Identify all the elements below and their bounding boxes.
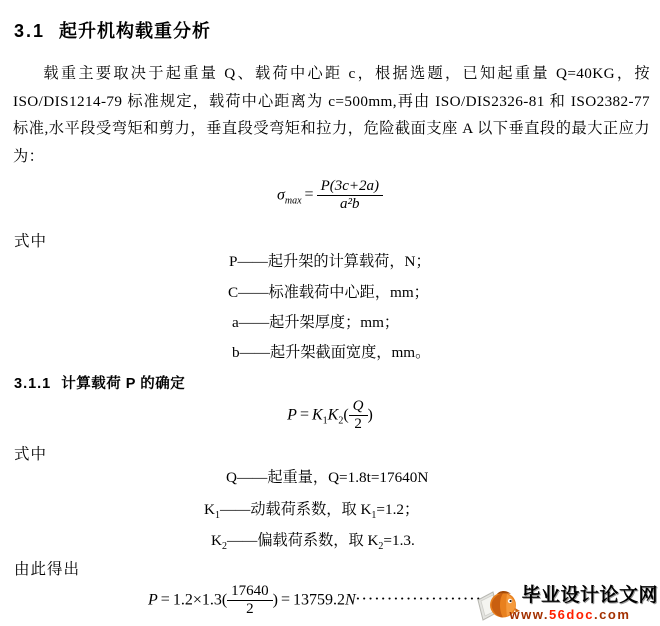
where-label-1: 式中 xyxy=(14,229,47,251)
fraction-denominator: 2 xyxy=(227,601,273,618)
section-title: 计算载荷 P 的确定 xyxy=(61,376,185,392)
definition-row-a: a——起升架厚度；mm； xyxy=(232,311,399,332)
definition-row-Q: Q——起重量，Q=1.8t=17640N xyxy=(226,466,428,489)
k2-symbol: K xyxy=(328,406,339,423)
watermark-text: 毕业设计论文网 www.56doc.com xyxy=(521,585,658,622)
fraction-denominator: 2 xyxy=(349,416,368,433)
body-paragraph: 载重主要取决于起重量 Q、载荷中心距 c，根据选题，已知起重量 Q=40KG，按… xyxy=(13,60,650,170)
formula-p-calculation: P=1.2×1.3(176402)=13759.2N··············… xyxy=(148,583,500,619)
url-suffix: .com xyxy=(594,607,630,622)
definition-dash: —— xyxy=(237,469,267,486)
equals-sign: = xyxy=(297,406,312,423)
section-heading-3-1-1: 3.1.1计算载荷 P 的确定 xyxy=(14,372,185,393)
url-domain: 56doc xyxy=(549,607,594,622)
k1-symbol: K xyxy=(312,406,323,423)
fraction: 176402 xyxy=(227,583,273,619)
where-label-2: 式中 xyxy=(14,442,47,464)
definition-text-post: =1.2； xyxy=(376,501,419,518)
definition-symbol: b xyxy=(232,344,240,361)
definition-text: 起重量，Q=1.8t=17640N xyxy=(267,469,428,486)
conclusion-label: 由此得出 xyxy=(14,557,80,579)
unit-N: N xyxy=(345,591,356,608)
definition-row-P: P——起升架的计算载荷，N； xyxy=(229,250,431,271)
document-page: 3.1起升机构载重分析 载重主要取决于起重量 Q、载荷中心距 c，根据选题，已知… xyxy=(0,0,660,626)
definition-dash: —— xyxy=(220,501,250,518)
definition-text: 起升架截面宽度，mm。 xyxy=(270,344,430,361)
url-prefix: www. xyxy=(509,607,548,622)
watermark-site-name[interactable]: 毕业设计论文网 xyxy=(521,585,658,607)
definition-text-post: =1.3. xyxy=(383,532,414,549)
result-value: 13759.2 xyxy=(293,591,345,608)
equals-sign-2: = xyxy=(278,591,293,608)
definition-dash: —— xyxy=(227,532,257,549)
definition-text: 标准载荷中心距，mm； xyxy=(269,284,429,301)
definition-dash: —— xyxy=(238,284,268,301)
definition-dash: —— xyxy=(240,344,270,361)
p-symbol: P xyxy=(287,406,297,423)
definition-text: 偏载荷系数，取 K xyxy=(257,532,378,549)
watermark-url[interactable]: www.56doc.com xyxy=(509,607,630,622)
equals-sign: = xyxy=(158,591,173,608)
definition-symbol: C xyxy=(228,284,238,301)
definition-row-C: C——标准载荷中心距，mm； xyxy=(228,281,429,302)
definition-text: 动载荷系数，取 K xyxy=(250,501,371,518)
fraction-denominator: a²b xyxy=(317,196,383,213)
definition-symbol: Q xyxy=(226,469,237,486)
definition-symbol: K xyxy=(204,501,215,518)
sigma-symbol: σ xyxy=(277,186,285,203)
fraction-numerator: Q xyxy=(349,398,368,416)
definition-symbol: a xyxy=(232,314,239,331)
section-number: 3.1 xyxy=(14,21,45,41)
definition-symbol: K xyxy=(211,532,222,549)
definition-row-K1: K1——动载荷系数，取 K1=1.2； xyxy=(204,498,419,521)
definition-text: 起升架厚度；mm； xyxy=(269,314,399,331)
equals-sign: = xyxy=(302,186,317,203)
definition-row-K2: K2——偏载荷系数，取 K2=1.3. xyxy=(211,529,415,552)
definition-dash: —— xyxy=(239,314,269,331)
p-symbol: P xyxy=(148,591,158,608)
fraction: Q2 xyxy=(349,398,368,434)
factors: 1.2×1.3 xyxy=(173,591,222,608)
formula-sigma-max: σmax=P(3c+2a)a²b xyxy=(0,178,660,214)
section-number: 3.1.1 xyxy=(14,376,51,392)
fraction: P(3c+2a)a²b xyxy=(317,178,383,214)
close-paren: ) xyxy=(368,406,373,423)
fraction-numerator: P(3c+2a) xyxy=(317,178,383,196)
definition-dash: —— xyxy=(237,253,267,270)
watermark[interactable]: 毕业设计论文网 www.56doc.com xyxy=(473,580,658,626)
sigma-subscript: max xyxy=(285,196,302,207)
section-heading-3-1: 3.1起升机构载重分析 xyxy=(14,17,211,43)
formula-p-definition: P=K1K2(Q2) xyxy=(0,398,660,434)
section-title: 起升机构载重分析 xyxy=(59,21,211,41)
definition-text: 起升架的计算载荷，N； xyxy=(268,253,431,270)
fraction-numerator: 17640 xyxy=(227,583,273,601)
definition-row-b: b——起升架截面宽度，mm。 xyxy=(232,341,430,362)
